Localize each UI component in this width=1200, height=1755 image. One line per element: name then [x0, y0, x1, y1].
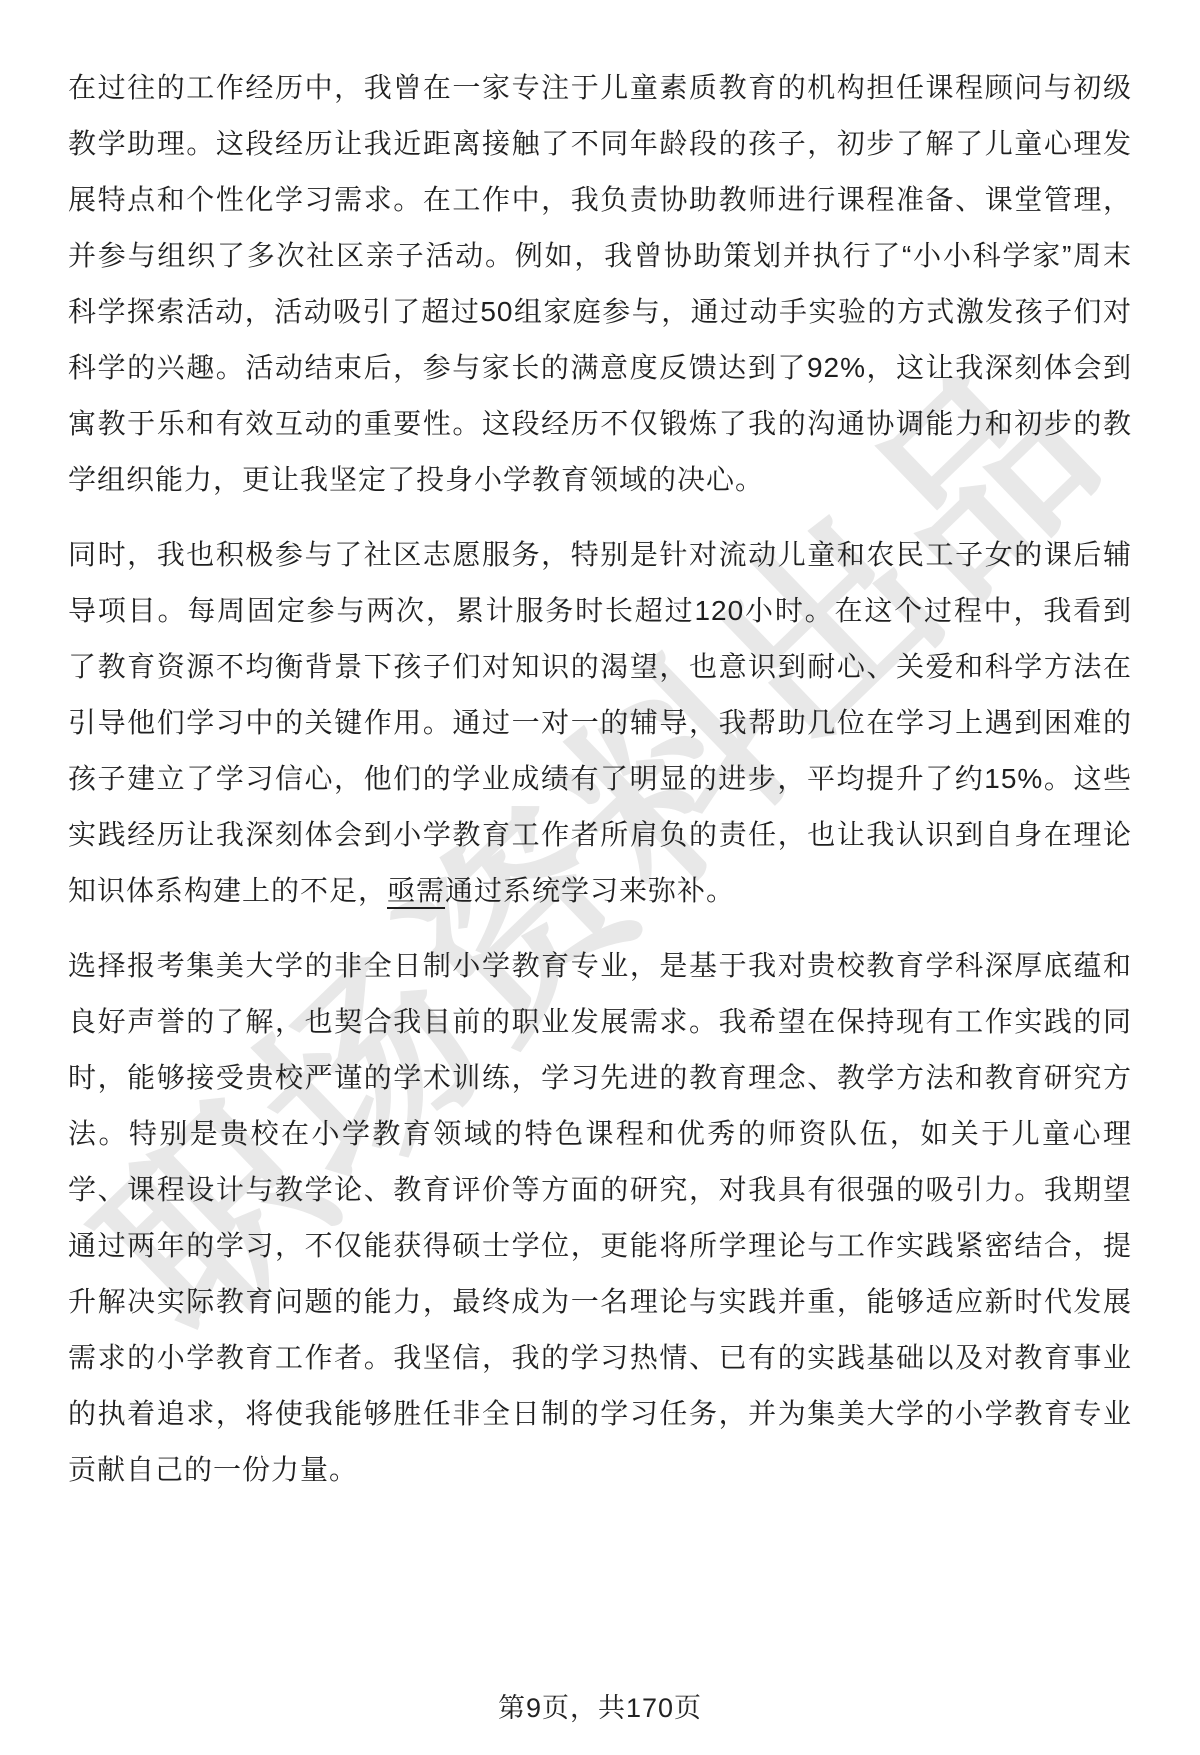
text-run: 选择报考集美大学的非全日制小学教育专业，是基于我对贵校教育学科深厚底蕴和良好声誉…: [68, 950, 1132, 1485]
page-footer: 第9页，共170页: [0, 1686, 1200, 1725]
text-run: 在过往的工作经历中，我曾在一家专注于儿童素质教育的机构担任课程顾问与初级教学助理…: [68, 72, 1132, 495]
page-number: 第9页，共170页: [498, 1693, 702, 1723]
document-page: 职场资料出品 在过往的工作经历中，我曾在一家专注于儿童素质教育的机构担任课程顾问…: [0, 0, 1200, 1755]
paragraph: 选择报考集美大学的非全日制小学教育专业，是基于我对贵校教育学科深厚底蕴和良好声誉…: [68, 938, 1132, 1498]
document-body: 在过往的工作经历中，我曾在一家专注于儿童素质教育的机构担任课程顾问与初级教学助理…: [68, 60, 1132, 1498]
paragraph: 同时，我也积极参与了社区志愿服务，特别是针对流动儿童和农民工子女的课后辅导项目。…: [68, 527, 1132, 919]
text-run: 同时，我也积极参与了社区志愿服务，特别是针对流动儿童和农民工子女的课后辅导项目。…: [68, 539, 1132, 906]
paragraph: 在过往的工作经历中，我曾在一家专注于儿童素质教育的机构担任课程顾问与初级教学助理…: [68, 60, 1132, 508]
text-run: 通过系统学习来弥补。: [445, 875, 735, 906]
underlined-text-run: 亟需: [387, 875, 445, 906]
